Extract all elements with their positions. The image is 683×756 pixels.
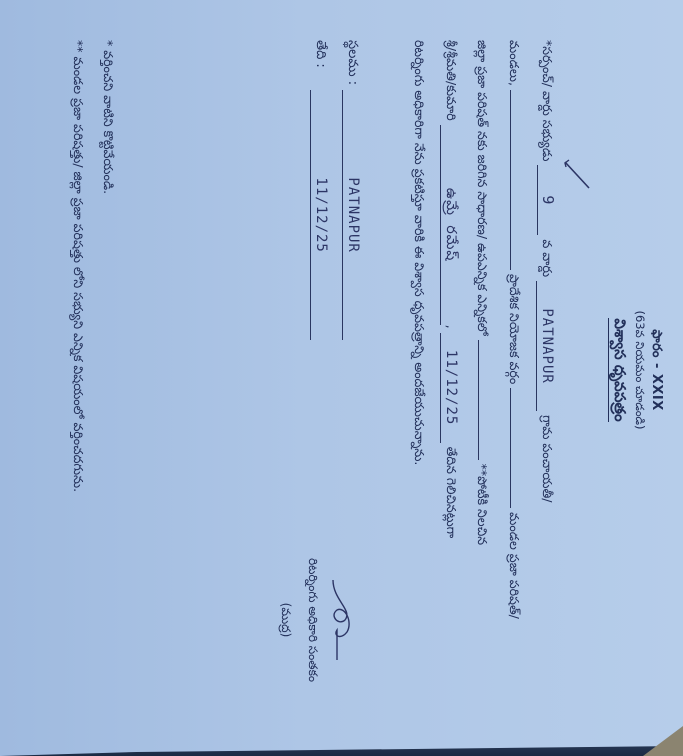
line-1-prefix: *సర్పంచ్/ వార్డు సభ్యుడు <box>540 40 555 161</box>
line-1-ward-suffix: వ వార్డు <box>540 239 555 277</box>
line-4-suffix: తేదిన గెలిచినట్లుగా <box>444 447 459 539</box>
date-row: తేది : 11/12/25 <box>304 40 336 340</box>
mandal-field <box>510 90 531 270</box>
document-title: విశ్వాస ధృవపత్రం <box>608 318 630 421</box>
place-row: స్థలము : PATNAPUR <box>336 40 368 340</box>
line-3-suffix: **పోటీకి నిలచిన <box>475 464 490 545</box>
candidate-name-field: ఉమ్రే రమేష్ <box>440 125 461 325</box>
signature-label: రిటర్నింగు అధికారి సంతకం <box>303 520 320 720</box>
village-field: PATNAPUR <box>536 281 557 411</box>
line-3-prefix: జిల్లా ప్రజా పరిషత్ నకు జరిగిన సాధారణ/ ఉ… <box>475 40 490 336</box>
ward-number-field: 9 <box>537 165 558 235</box>
footnote-1: * వర్తించని వాటిని కొట్టివేయండి. <box>93 40 123 492</box>
signature-scribble-icon <box>323 560 363 680</box>
form-line-2: మండలు, ప్రాదేశిక నియోజక వర్గం మండల ప్రజా… <box>499 40 531 720</box>
form-line-3: జిల్లా ప్రజా పరిషత్ నకు జరిగిన సాధారణ/ ఉ… <box>467 40 499 720</box>
seal-label: (ముద్ర) <box>276 520 293 720</box>
form-number: ఫారం - XXIX <box>647 0 665 740</box>
line-4-prefix: శ్రీ/శ్రీమతి/కుమారి <box>444 40 459 121</box>
footnotes: * వర్తించని వాటిని కొట్టివేయండి. ** మండల… <box>63 40 123 492</box>
form-body: *సర్పంచ్/ వార్డు సభ్యుడు 9 వ వార్డు PATN… <box>403 40 563 720</box>
declaration-date-field: 11/12/25 <box>440 333 461 443</box>
constituency-field <box>510 388 531 508</box>
table-edge <box>0 746 683 756</box>
certificate-form: ఫారం - XXIX (63వ నియమం చూడండి) విశ్వాస ధ… <box>0 0 683 740</box>
footnote-2: ** మండల ప్రజా పరిషత్తు/ జిల్లా ప్రజా పరి… <box>63 40 93 492</box>
form-line-4: శ్రీ/శ్రీమతి/కుమారి ఉమ్రే రమేష్, 11/12/2… <box>435 40 467 720</box>
date-field: 11/12/25 <box>310 90 331 340</box>
form-line-5: రిటర్నింగు అధికారిగా నేను ప్రకటిస్తూ వార… <box>403 40 435 720</box>
place-field: PATNAPUR <box>342 90 363 340</box>
line-5-text: రిటర్నింగు అధికారిగా నేను ప్రకటిస్తూ వార… <box>412 40 427 465</box>
form-header: ఫారం - XXIX (63వ నియమం చూడండి) విశ్వాస ధ… <box>608 0 665 740</box>
place-label: స్థలము : <box>336 40 368 86</box>
rule-reference: (63వ నియమం చూడండి) <box>632 0 648 740</box>
line-2-suffix: మండల ప్రజా పరిషత్/ <box>507 512 522 619</box>
election-field <box>478 340 499 460</box>
place-date-block: స్థలము : PATNAPUR తేది : 11/12/25 <box>304 40 368 340</box>
line-2-prefix: మండలు, <box>507 40 522 86</box>
form-line-1: *సర్పంచ్/ వార్డు సభ్యుడు 9 వ వార్డు PATN… <box>531 40 563 720</box>
line-2-mid: ప్రాదేశిక నియోజక వర్గం <box>507 274 522 384</box>
document-photo: ఫారం - XXIX (63వ నియమం చూడండి) విశ్వాస ధ… <box>0 0 683 756</box>
date-label: తేది : <box>304 40 336 86</box>
signature-block: రిటర్నింగు అధికారి సంతకం (ముద్ర) <box>276 520 363 720</box>
line-1-suffix: గ్రామ పంచాయతీ/ <box>540 415 555 502</box>
tick-mark-icon <box>563 158 593 192</box>
